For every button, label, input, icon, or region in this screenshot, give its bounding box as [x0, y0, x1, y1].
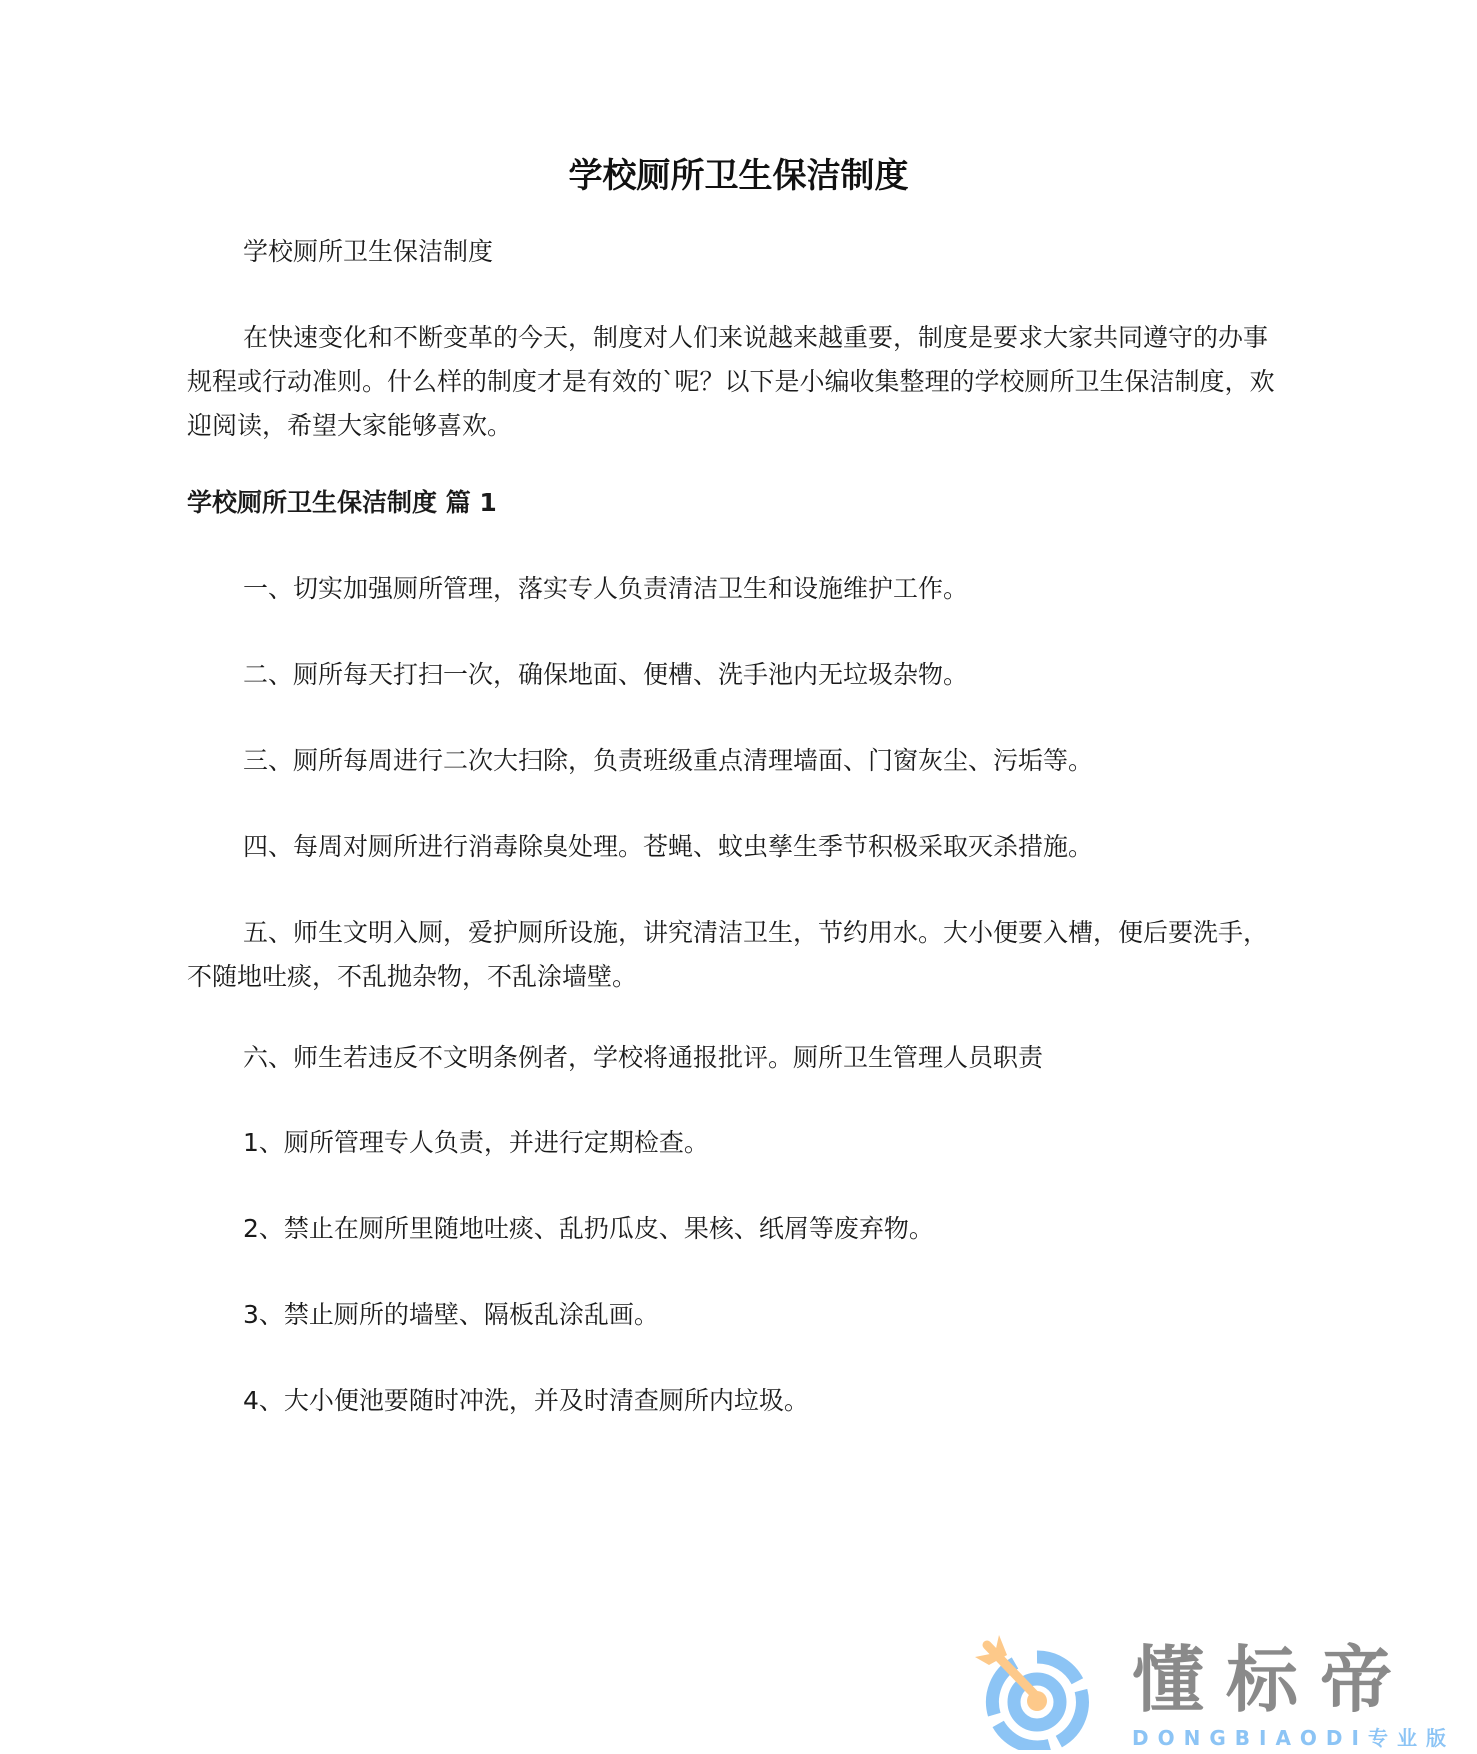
paragraph-9: 3、禁止厕所的墙壁、隔板乱涂乱画。	[187, 1293, 1289, 1337]
paragraph-8: 2、禁止在厕所里随地吐痰、乱扔瓜皮、果核、纸屑等废弃物。	[187, 1207, 1289, 1251]
paragraph-2: 二、厕所每天打扫一次，确保地面、便槽、洗手池内无垃圾杂物。	[187, 653, 1289, 697]
watermark-brand: 懂标帝	[1132, 1635, 1414, 1725]
intro-paragraph: 在快速变化和不断变革的今天，制度对人们来说越来越重要，制度是要求大家共同遵守的办…	[187, 316, 1289, 448]
paragraph-10: 4、大小便池要随时冲洗，并及时清查厕所内垃圾。	[187, 1379, 1289, 1423]
paragraph-3: 三、厕所每周进行二次大扫除，负责班级重点清理墙面、门窗灰尘、污垢等。	[187, 739, 1289, 783]
document-title: 学校厕所卫生保洁制度	[0, 150, 1477, 202]
section-heading: 学校厕所卫生保洁制度 篇 1	[187, 481, 1289, 525]
document-page: 学校厕所卫生保洁制度 学校厕所卫生保洁制度 在快速变化和不断变革的今天，制度对人…	[0, 0, 1477, 1754]
paragraph-7: 1、厕所管理专人负责，并进行定期检查。	[187, 1121, 1289, 1165]
watermark-logo: 懂标帝 DONGBIAODI专业版	[975, 1635, 1455, 1750]
paragraph-1: 一、切实加强厕所管理，落实专人负责清洁卫生和设施维护工作。	[187, 567, 1289, 611]
watermark-subtext: DONGBIAODI专业版	[1132, 1727, 1455, 1749]
paragraph-5: 五、师生文明入厕，爱护厕所设施，讲究清洁卫生，节约用水。大小便要入槽，便后要洗手…	[187, 911, 1289, 999]
paragraph-6: 六、师生若违反不文明条例者，学校将通报批评。厕所卫生管理人员职责	[187, 1036, 1289, 1080]
document-subtitle: 学校厕所卫生保洁制度	[187, 230, 1289, 274]
target-arrow-icon	[975, 1635, 1100, 1750]
paragraph-4: 四、每周对厕所进行消毒除臭处理。苍蝇、蚊虫孳生季节积极采取灭杀措施。	[187, 825, 1289, 869]
